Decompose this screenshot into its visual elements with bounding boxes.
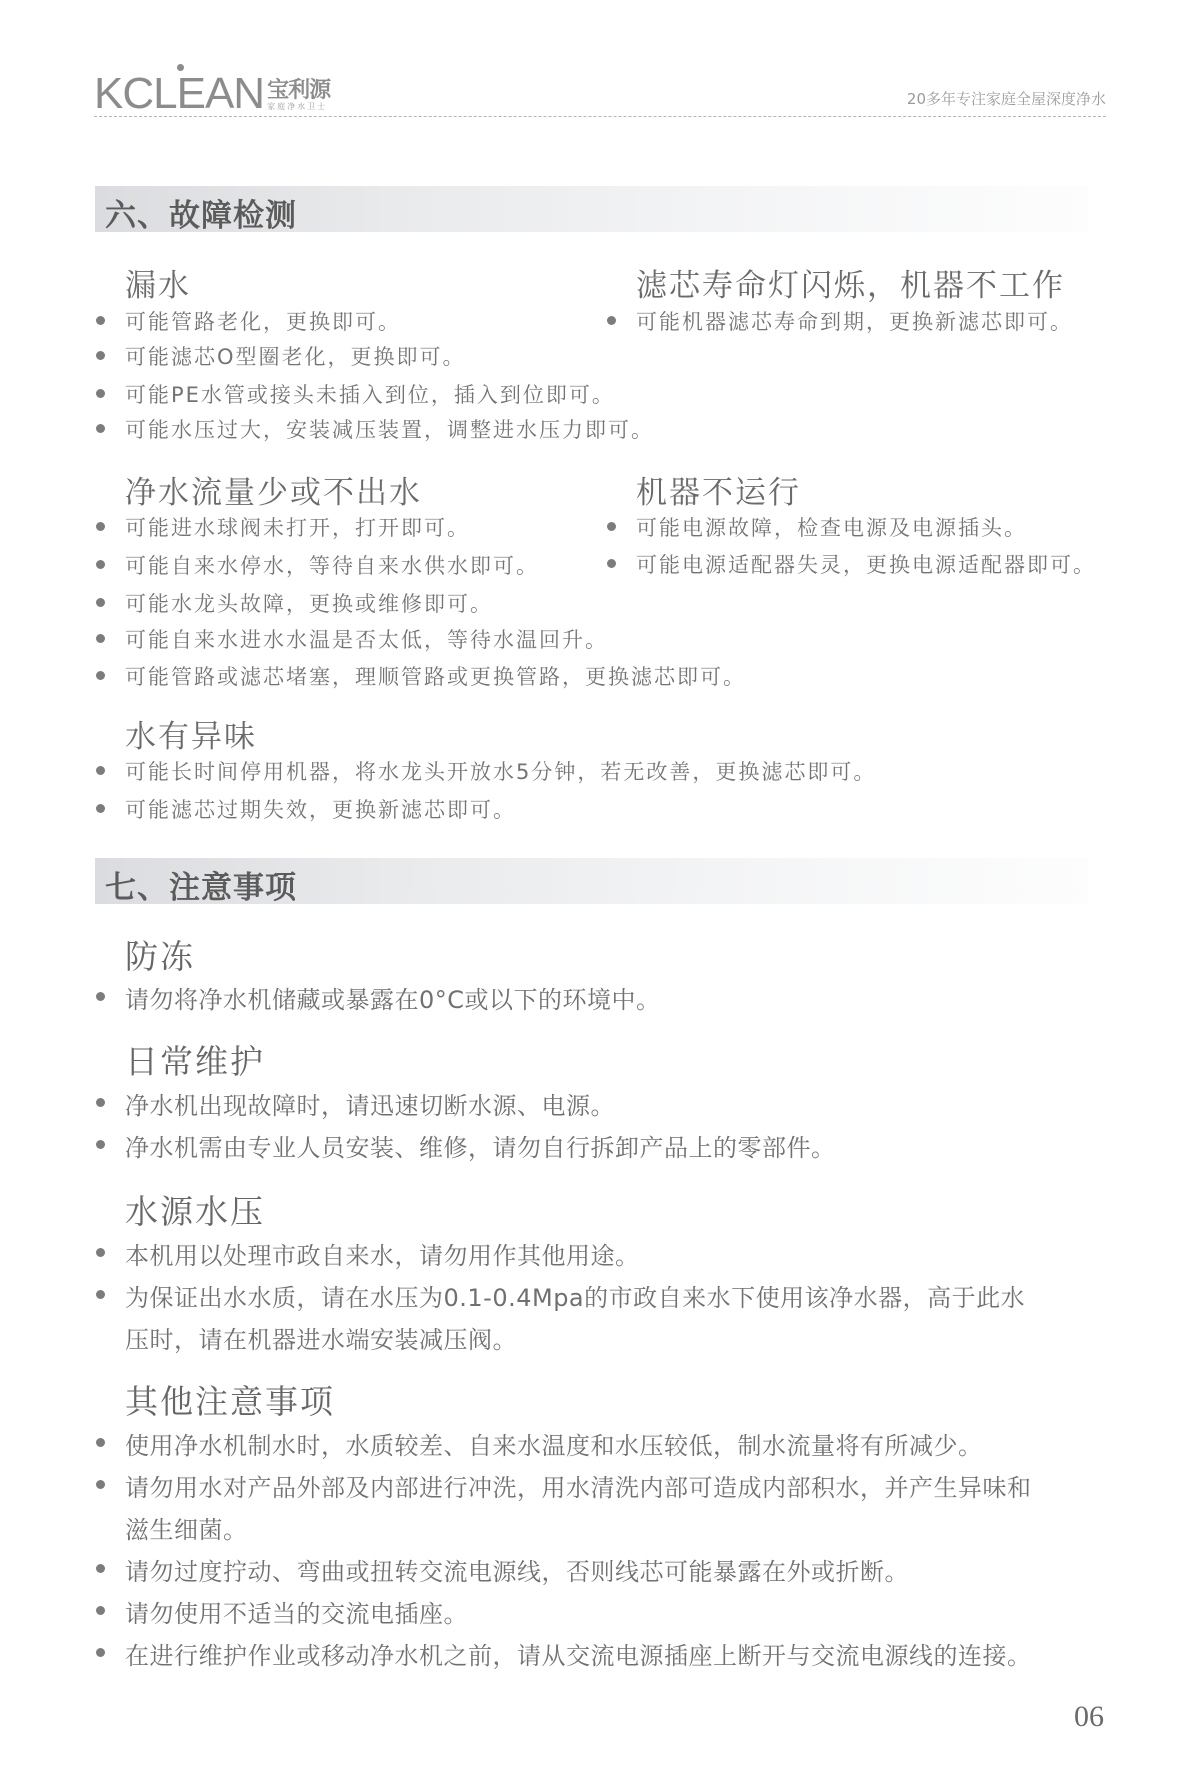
bullet-icon: [96, 316, 105, 325]
bullet-icon: [96, 992, 105, 1001]
subhead-leak: 漏水: [125, 260, 191, 305]
list-item: 本机用以处理市政自来水，请勿用作其他用途。: [125, 1236, 640, 1271]
list-item-continued: 压时，请在机器进水端安装减压阀。: [125, 1320, 517, 1355]
bullet-icon: [96, 1648, 105, 1657]
section-header-troubleshooting: 六、故障检测: [95, 186, 1088, 232]
list-item: 可能滤芯过期失效，更换新滤芯即可。: [125, 794, 516, 824]
section-title: 六、故障检测: [105, 190, 297, 235]
list-item: 可能PE水管或接头未插入到位，插入到位即可。: [125, 379, 615, 409]
list-item: 请勿使用不适当的交流电插座。: [125, 1594, 468, 1629]
bullet-icon: [96, 424, 105, 433]
bullet-icon: [96, 1606, 105, 1615]
bullet-icon: [96, 598, 105, 607]
bullet-icon: [607, 316, 616, 325]
logo-wordmark: KCLEAN: [94, 72, 264, 116]
list-item: 可能自来水进水水温是否太低，等待水温回升。: [125, 624, 608, 654]
subhead-antifreeze: 防冻: [125, 931, 195, 978]
subhead-maintenance: 日常维护: [125, 1036, 265, 1083]
section-header-precautions: 七、注意事项: [95, 858, 1088, 904]
bullet-icon: [96, 1480, 105, 1489]
bullet-icon: [96, 1290, 105, 1299]
list-item: 可能机器滤芯寿命到期，更换新滤芯即可。: [636, 306, 1073, 336]
subhead-odor: 水有异味: [125, 711, 257, 756]
logo-slogan: 家庭净水卫士: [267, 102, 330, 112]
header-tagline: 20多年专注家庭全屋深度净水: [907, 88, 1106, 109]
list-item: 在进行维护作业或移动净水机之前，请从交流电源插座上断开与交流电源线的连接。: [125, 1636, 1032, 1671]
bullet-icon: [96, 1564, 105, 1573]
logo-en-text: KCLEAN: [94, 69, 264, 118]
subhead-water-pressure: 水源水压: [125, 1186, 265, 1233]
list-item: 可能长时间停用机器，将水龙头开放水5分钟，若无改善，更换滤芯即可。: [125, 756, 876, 786]
bullet-icon: [607, 559, 616, 568]
bullet-icon: [96, 634, 105, 643]
subhead-not-running: 机器不运行: [636, 467, 801, 512]
bullet-icon: [607, 522, 616, 531]
list-item: 可能自来水停水，等待自来水供水即可。: [125, 550, 539, 580]
bullet-icon: [96, 1098, 105, 1107]
list-item: 净水机出现故障时，请迅速切断水源、电源。: [125, 1086, 615, 1121]
list-item: 请勿过度拧动、弯曲或扭转交流电源线，否则线芯可能暴露在外或折断。: [125, 1552, 909, 1587]
subhead-low-flow: 净水流量少或不出水: [125, 467, 422, 512]
logo-dot-icon: [177, 64, 184, 71]
list-item: 可能管路或滤芯堵塞，理顺管路或更换管路，更换滤芯即可。: [125, 661, 746, 691]
bullet-icon: [96, 1140, 105, 1149]
list-item: 可能进水球阀未打开，打开即可。: [125, 512, 470, 542]
list-item: 可能水龙头故障，更换或维修即可。: [125, 588, 493, 618]
list-item: 可能滤芯O型圈老化，更换即可。: [125, 341, 466, 371]
list-item: 可能电源适配器失灵，更换电源适配器即可。: [636, 549, 1096, 579]
bullet-icon: [96, 351, 105, 360]
brand-logo: KCLEAN 宝利源 家庭净水卫士: [94, 66, 330, 116]
list-item: 可能水压过大，安装减压装置，调整进水压力即可。: [125, 414, 654, 444]
bullet-icon: [96, 804, 105, 813]
subhead-other-notes: 其他注意事项: [125, 1376, 335, 1423]
bullet-icon: [96, 671, 105, 680]
list-item: 可能管路老化，更换即可。: [125, 306, 401, 336]
list-item: 使用净水机制水时，水质较差、自来水温度和水压较低，制水流量将有所减少。: [125, 1426, 983, 1461]
bullet-icon: [96, 522, 105, 531]
subhead-filter-light: 滤芯寿命灯闪烁，机器不工作: [636, 260, 1065, 305]
logo-cn-block: 宝利源 家庭净水卫士: [267, 80, 330, 116]
bullet-icon: [96, 560, 105, 569]
page-header: KCLEAN 宝利源 家庭净水卫士 20多年专注家庭全屋深度净水: [94, 60, 1106, 120]
list-item: 净水机需由专业人员安装、维修，请勿自行拆卸产品上的零部件。: [125, 1128, 836, 1163]
list-item: 请勿将净水机储藏或暴露在0°C或以下的环境中。: [125, 980, 661, 1015]
logo-cn-text: 宝利源: [267, 80, 330, 102]
list-item: 可能电源故障，检查电源及电源插头。: [636, 512, 1027, 542]
bullet-icon: [96, 389, 105, 398]
list-item: 为保证出水水质，请在水压为0.1-0.4Mpa的市政自来水下使用该净水器，高于此…: [125, 1278, 1025, 1313]
section-title: 七、注意事项: [105, 862, 297, 907]
header-divider: [94, 116, 1106, 117]
list-item-continued: 滋生细菌。: [125, 1510, 248, 1545]
bullet-icon: [96, 1248, 105, 1257]
bullet-icon: [96, 1438, 105, 1447]
list-item: 请勿用水对产品外部及内部进行冲洗，用水清洗内部可造成内部积水，并产生异味和: [125, 1468, 1032, 1503]
bullet-icon: [96, 766, 105, 775]
page-number: 06: [1074, 1700, 1104, 1734]
